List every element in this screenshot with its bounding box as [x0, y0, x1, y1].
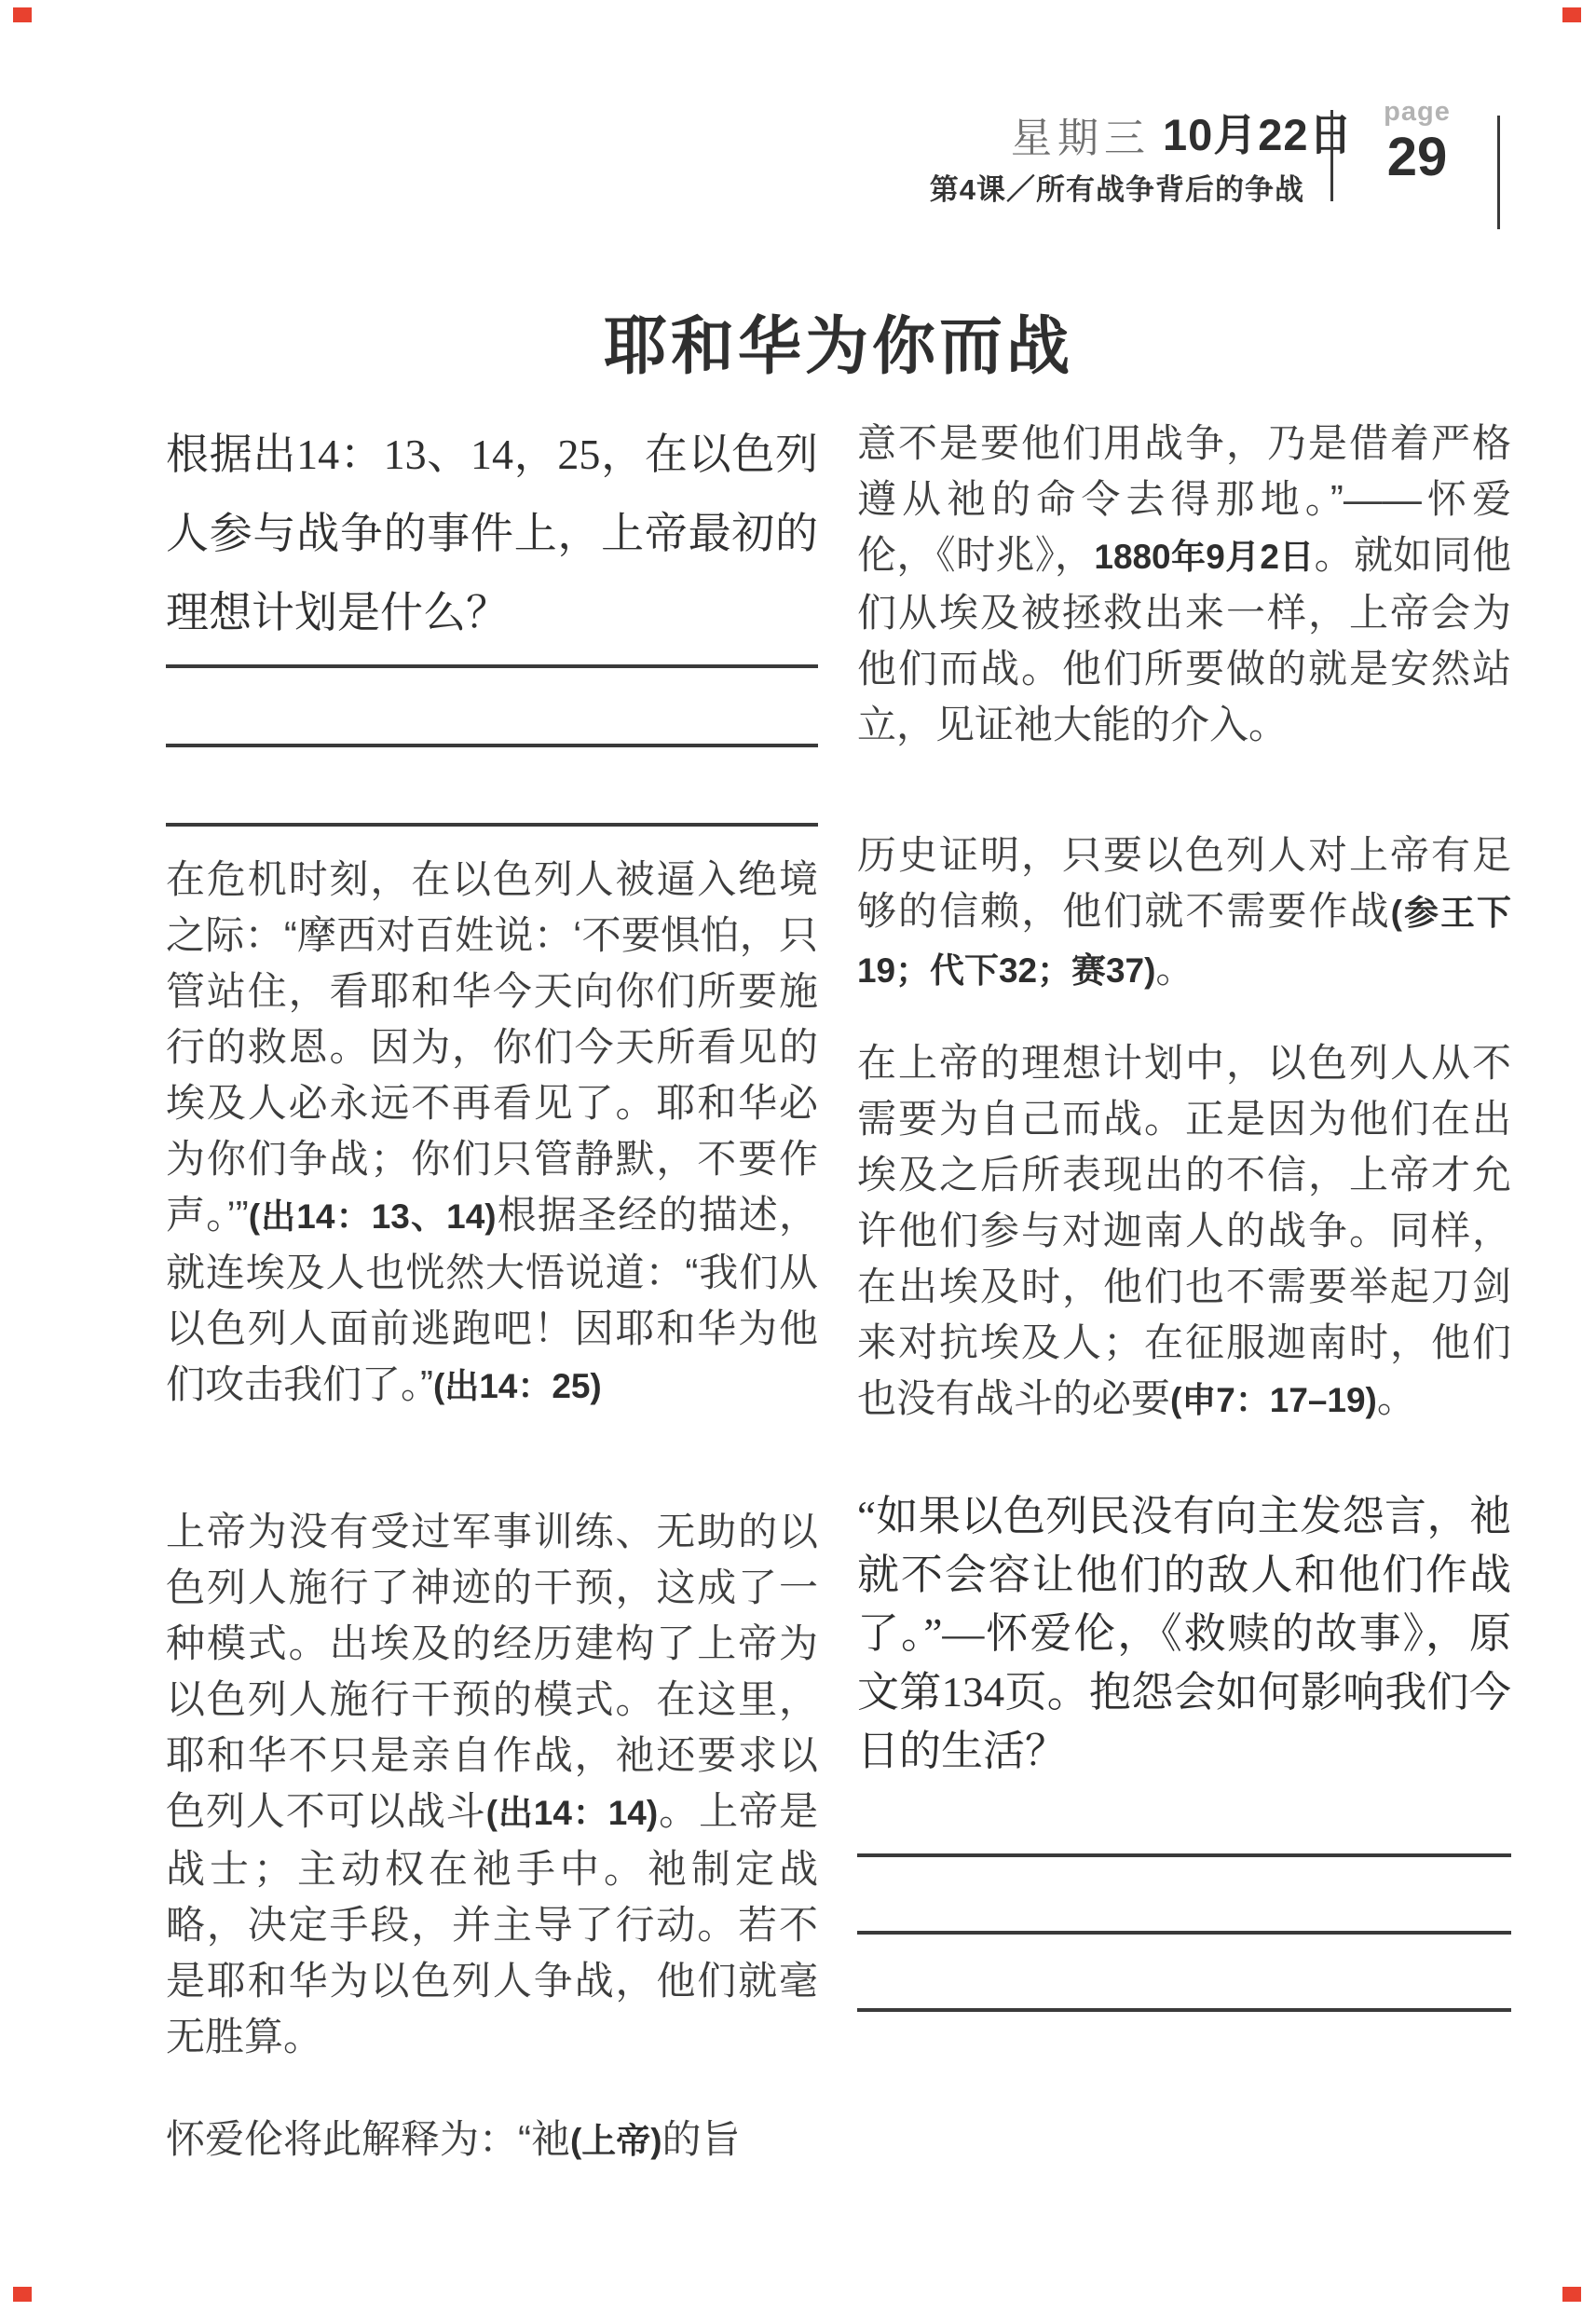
- corner-mark-bottom-right: [1562, 2287, 1581, 2302]
- answer-line: [166, 664, 818, 668]
- answer-line: [857, 1931, 1511, 1935]
- answer-line: [166, 744, 818, 747]
- left-column: 根据出14：13、14，25，在以色列人参与战争的事件上，上帝最初的理想计划是什…: [166, 0, 818, 2311]
- paragraph-crisis-moment: 在危机时刻，在以色列人被逼入绝境之际：“摩西对百姓说：‘不要惧怕，只管站住，看耶…: [166, 852, 818, 1415]
- lesson-page: 星期三 10月22日 第4课／所有战争背后的争战 page 29 耶和华为你而战…: [0, 0, 1596, 2311]
- paragraph-quote-signs-of-times: 意不是要他们用战争，乃是借着严格遵从祂的命令去得那地。”——怀爱伦，《时兆》，1…: [857, 416, 1511, 753]
- paragraph-ideal-plan: 在上帝的理想计划中，以色列人从不需要为自己而战。正是因为他们在出埃及之后所表现出…: [857, 1035, 1511, 1429]
- answer-line: [166, 823, 818, 827]
- paragraph-divine-intervention: 上帝为没有受过军事训练、无助的以色列人施行了神迹的干预，这成了一种模式。出埃及的…: [166, 1504, 818, 2065]
- right-column: 意不是要他们用战争，乃是借着严格遵从祂的命令去得那地。”——怀爱伦，《时兆》，1…: [857, 0, 1511, 2311]
- study-question: 根据出14：13、14，25，在以色列人参与战争的事件上，上帝最初的理想计划是什…: [166, 415, 818, 652]
- answer-line: [857, 1853, 1511, 1857]
- paragraph-quote-story-of-redemption: “如果以色列民没有向主发怨言，祂就不会容让他们的敌人和他们作战了。”—怀爱伦，《…: [857, 1487, 1511, 1781]
- corner-mark-bottom-left: [13, 2287, 32, 2302]
- paragraph-ellen-white-intro: 怀爱伦将此解释为：“祂(上帝)的旨: [166, 2112, 818, 2169]
- paragraph-history-proves: 历史证明，只要以色列人对上帝有足够的信赖，他们就不需要作战(参王下19；代下32…: [857, 827, 1511, 999]
- corner-mark-top-right: [1562, 7, 1581, 22]
- answer-line: [857, 2008, 1511, 2012]
- corner-mark-top-left: [13, 7, 32, 22]
